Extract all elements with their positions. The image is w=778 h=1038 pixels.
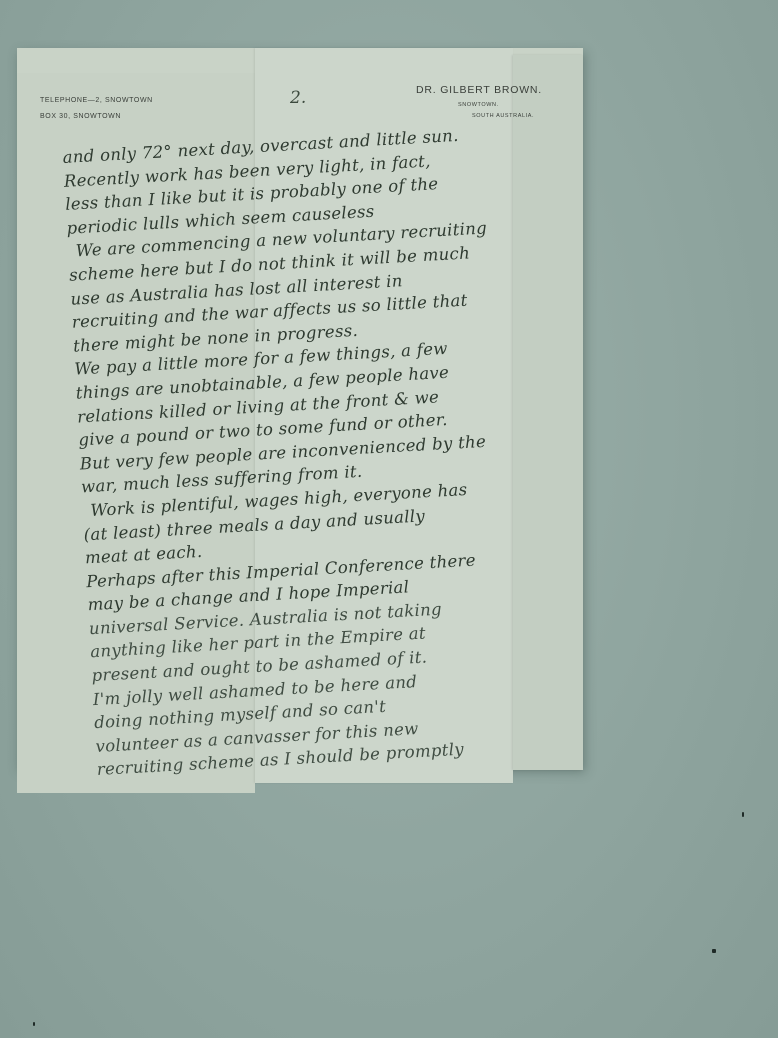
letterhead-sender: Dr. Gilbert Brown. Snowtown. South Austr… <box>416 84 542 119</box>
letterhead-name: Dr. Gilbert Brown. <box>416 84 542 96</box>
letterhead-contact: Telephone—2, Snowtown Box 30, Snowtown <box>40 93 153 125</box>
dust-speck <box>712 949 716 953</box>
letterhead-town: Snowtown. <box>458 102 542 108</box>
dust-speck <box>33 1022 35 1026</box>
page-number: 2. <box>290 88 306 108</box>
letterhead-telephone: Telephone—2, Snowtown <box>40 93 153 109</box>
letterhead-box: Box 30, Snowtown <box>40 109 153 125</box>
dust-speck <box>742 812 744 817</box>
letterhead-state: South Australia. <box>472 113 542 119</box>
letter-body: and only 72° next day, overcast and litt… <box>62 117 617 782</box>
